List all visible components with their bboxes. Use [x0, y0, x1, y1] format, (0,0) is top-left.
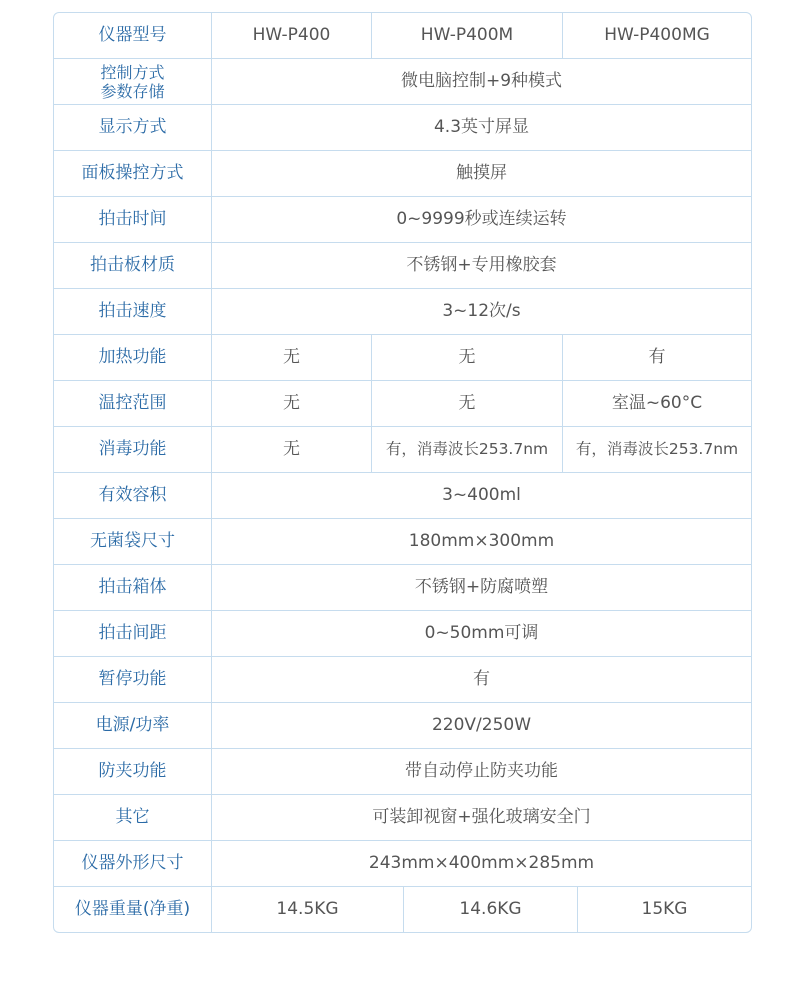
- row-label: 仪器型号: [54, 13, 211, 58]
- row-label: 无菌袋尺寸: [54, 519, 211, 564]
- spec-table: 仪器型号 HW-P400 HW-P400M HW-P400MG 控制方式 参数存…: [53, 12, 752, 933]
- row-value: 室温~60°C: [562, 381, 751, 426]
- row-value: 不锈钢+防腐喷塑: [211, 565, 751, 610]
- row-value: 180mm×300mm: [211, 519, 751, 564]
- row-label: 消毒功能: [54, 427, 211, 472]
- table-row: 无菌袋尺寸 180mm×300mm: [54, 518, 751, 564]
- row-value: 有: [211, 657, 751, 702]
- table-row: 显示方式 4.3英寸屏显: [54, 104, 751, 150]
- row-label: 面板操控方式: [54, 151, 211, 196]
- row-value: 243mm×400mm×285mm: [211, 841, 751, 886]
- row-value: 无: [211, 335, 371, 380]
- row-label: 拍击箱体: [54, 565, 211, 610]
- table-row: 拍击速度 3~12次/s: [54, 288, 751, 334]
- row-label-line: 参数存储: [100, 82, 164, 101]
- row-label: 其它: [54, 795, 211, 840]
- model-header: HW-P400: [211, 13, 371, 58]
- table-row: 消毒功能 无 有，消毒波长253.7nm 有，消毒波长253.7nm: [54, 426, 751, 472]
- row-label: 拍击板材质: [54, 243, 211, 288]
- table-header-row: 仪器型号 HW-P400 HW-P400M HW-P400MG: [54, 13, 751, 58]
- table-row: 拍击板材质 不锈钢+专用橡胶套: [54, 242, 751, 288]
- table-row: 电源/功率 220V/250W: [54, 702, 751, 748]
- table-row: 其它 可装卸视窗+强化玻璃安全门: [54, 794, 751, 840]
- row-label: 温控范围: [54, 381, 211, 426]
- row-value: 4.3英寸屏显: [211, 105, 751, 150]
- row-value: 无: [371, 335, 562, 380]
- table-row: 面板操控方式 触摸屏: [54, 150, 751, 196]
- row-label: 加热功能: [54, 335, 211, 380]
- table-row: 仪器外形尺寸 243mm×400mm×285mm: [54, 840, 751, 886]
- row-value: 有: [562, 335, 751, 380]
- row-value: 有，消毒波长253.7nm: [562, 427, 751, 472]
- row-value: 220V/250W: [211, 703, 751, 748]
- table-row: 仪器重量(净重) 14.5KG 14.6KG 15KG: [54, 886, 751, 932]
- row-label: 有效容积: [54, 473, 211, 518]
- row-value: 可装卸视窗+强化玻璃安全门: [211, 795, 751, 840]
- table-row: 加热功能 无 无 有: [54, 334, 751, 380]
- model-header: HW-P400M: [371, 13, 562, 58]
- table-row: 温控范围 无 无 室温~60°C: [54, 380, 751, 426]
- row-value: 有，消毒波长253.7nm: [371, 427, 562, 472]
- row-label: 拍击时间: [54, 197, 211, 242]
- row-label: 拍击速度: [54, 289, 211, 334]
- table-row: 拍击间距 0~50mm可调: [54, 610, 751, 656]
- row-label: 显示方式: [54, 105, 211, 150]
- row-label: 控制方式 参数存储: [54, 59, 211, 104]
- row-label: 电源/功率: [54, 703, 211, 748]
- row-value: 触摸屏: [211, 151, 751, 196]
- model-header: HW-P400MG: [562, 13, 751, 58]
- row-value: 无: [211, 427, 371, 472]
- row-value: 不锈钢+专用橡胶套: [211, 243, 751, 288]
- row-value: 14.6KG: [403, 887, 577, 932]
- row-value: 带自动停止防夹功能: [211, 749, 751, 794]
- row-value: 无: [371, 381, 562, 426]
- row-label-line: 控制方式: [100, 63, 164, 82]
- row-label: 拍击间距: [54, 611, 211, 656]
- row-label: 仪器外形尺寸: [54, 841, 211, 886]
- table-row: 防夹功能 带自动停止防夹功能: [54, 748, 751, 794]
- row-value: 3~400ml: [211, 473, 751, 518]
- row-value: 3~12次/s: [211, 289, 751, 334]
- table-row: 拍击箱体 不锈钢+防腐喷塑: [54, 564, 751, 610]
- row-value: 15KG: [577, 887, 751, 932]
- row-label: 防夹功能: [54, 749, 211, 794]
- row-value: 14.5KG: [211, 887, 403, 932]
- row-value: 0~50mm可调: [211, 611, 751, 656]
- row-value: 0~9999秒或连续运转: [211, 197, 751, 242]
- row-value: 无: [211, 381, 371, 426]
- table-row: 拍击时间 0~9999秒或连续运转: [54, 196, 751, 242]
- row-value: 微电脑控制+9种模式: [211, 59, 751, 104]
- row-label: 仪器重量(净重): [54, 887, 211, 932]
- table-row: 暂停功能 有: [54, 656, 751, 702]
- row-label: 暂停功能: [54, 657, 211, 702]
- table-row: 有效容积 3~400ml: [54, 472, 751, 518]
- table-row: 控制方式 参数存储 微电脑控制+9种模式: [54, 58, 751, 104]
